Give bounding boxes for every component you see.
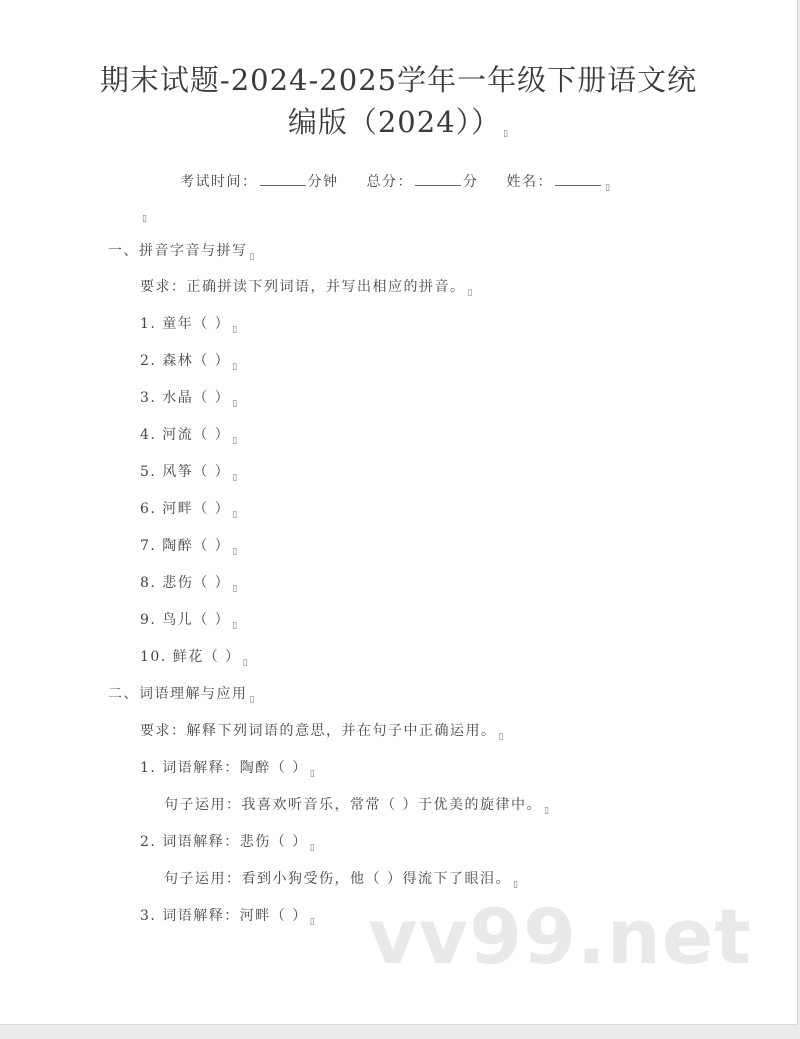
- explain-item: 3. 词语解释：河畔（ ）▯: [140, 905, 316, 927]
- paragraph-mark-icon: ▯: [232, 362, 238, 372]
- explain-text: 3. 词语解释：河畔（ ）: [140, 908, 308, 924]
- item-text: 9. 鸟儿（ ）: [140, 612, 230, 628]
- paragraph-mark-icon: ▯: [142, 214, 148, 224]
- explain-item: 1. 词语解释：陶醉（ ）▯: [140, 757, 316, 779]
- exam-info-row: 考试时间：分钟总分：分姓名：▯: [180, 171, 611, 193]
- paragraph-mark-icon: ▯: [232, 584, 238, 594]
- paragraph-mark-icon: ▯: [503, 129, 509, 139]
- item-text: 8. 悲伤（ ）: [140, 575, 230, 591]
- title-line-2: 编版（2024））▯: [0, 100, 797, 141]
- paragraph-mark-icon: ▯: [232, 547, 238, 557]
- paragraph-mark-icon: ▯: [499, 732, 505, 742]
- score-blank[interactable]: [415, 173, 461, 186]
- watermark: vv99.net: [368, 892, 752, 981]
- name-label: 姓名：: [507, 174, 554, 190]
- paragraph-mark-icon: ▯: [544, 806, 550, 816]
- list-item: 10. 鲜花（ ）▯: [140, 646, 249, 668]
- section1-requirement: 要求：正确拼读下列词语，并写出相应的拼音。▯: [140, 276, 474, 298]
- section2-requirement: 要求：解释下列词语的意思，并在句子中正确运用。▯: [140, 720, 505, 742]
- list-item: 1. 童年（ ）▯: [140, 313, 239, 335]
- paragraph-mark-icon: ▯: [232, 510, 238, 520]
- title-text: 编版（2024））: [288, 105, 501, 139]
- explain-item: 2. 词语解释：悲伤（ ）▯: [140, 831, 316, 853]
- item-text: 2. 森林（ ）: [140, 353, 230, 369]
- requirement-text: 要求：解释下列词语的意思，并在句子中正确运用。: [140, 723, 497, 739]
- document-page: 期末试题-2024-2025学年一年级下册语文统 编版（2024））▯ 考试时间…: [0, 0, 798, 1025]
- paragraph-mark-icon: ▯: [232, 325, 238, 335]
- section2-heading: 二、词语理解与应用▯: [108, 683, 256, 705]
- score-label: 总分：: [367, 174, 414, 190]
- item-text: 10. 鲜花（ ）: [140, 649, 241, 665]
- title-line-1: 期末试题-2024-2025学年一年级下册语文统: [0, 58, 797, 99]
- time-unit: 分钟: [308, 174, 339, 190]
- paragraph-mark-icon: ▯: [468, 288, 474, 298]
- list-item: 8. 悲伤（ ）▯: [140, 572, 239, 594]
- time-blank[interactable]: [260, 173, 306, 186]
- paragraph-mark-icon: ▯: [250, 695, 256, 705]
- list-item: 4. 河流（ ）▯: [140, 424, 239, 446]
- heading-text: 二、词语理解与应用: [108, 686, 248, 702]
- item-text: 4. 河流（ ）: [140, 427, 230, 443]
- item-text: 3. 水晶（ ）: [140, 390, 230, 406]
- paragraph-mark-icon: ▯: [232, 473, 238, 483]
- paragraph-mark-icon: ▯: [243, 658, 249, 668]
- paragraph-mark-icon: ▯: [232, 621, 238, 631]
- list-item: 9. 鸟儿（ ）▯: [140, 609, 239, 631]
- item-text: 5. 风筝（ ）: [140, 464, 230, 480]
- paragraph-mark-icon: ▯: [250, 252, 256, 262]
- sentence-text: 句子运用：看到小狗受伤，他（ ）得流下了眼泪。: [164, 871, 511, 887]
- heading-text: 一、拼音字音与拼写: [108, 243, 248, 259]
- paragraph-mark-icon: ▯: [605, 183, 611, 193]
- score-unit: 分: [463, 174, 479, 190]
- time-label: 考试时间：: [180, 174, 258, 190]
- item-text: 6. 河畔（ ）: [140, 501, 230, 517]
- list-item: 2. 森林（ ）▯: [140, 350, 239, 372]
- sentence-item: 句子运用：我喜欢听音乐，常常（ ）于优美的旋律中。▯: [164, 794, 550, 816]
- section1-heading: 一、拼音字音与拼写▯: [108, 240, 256, 262]
- item-text: 7. 陶醉（ ）: [140, 538, 230, 554]
- paragraph-mark-icon: ▯: [310, 917, 316, 927]
- list-item: 3. 水晶（ ）▯: [140, 387, 239, 409]
- list-item: 5. 风筝（ ）▯: [140, 461, 239, 483]
- explain-text: 1. 词语解释：陶醉（ ）: [140, 760, 308, 776]
- list-item: 7. 陶醉（ ）▯: [140, 535, 239, 557]
- sentence-item: 句子运用：看到小狗受伤，他（ ）得流下了眼泪。▯: [164, 868, 519, 890]
- paragraph-mark-icon: ▯: [310, 769, 316, 779]
- name-blank[interactable]: [555, 173, 601, 186]
- paragraph-mark-icon: ▯: [232, 436, 238, 446]
- explain-text: 2. 词语解释：悲伤（ ）: [140, 834, 308, 850]
- item-text: 1. 童年（ ）: [140, 316, 230, 332]
- empty-paragraph: ▯: [140, 205, 148, 224]
- paragraph-mark-icon: ▯: [513, 880, 519, 890]
- list-item: 6. 河畔（ ）▯: [140, 498, 239, 520]
- sentence-text: 句子运用：我喜欢听音乐，常常（ ）于优美的旋律中。: [164, 797, 542, 813]
- requirement-text: 要求：正确拼读下列词语，并写出相应的拼音。: [140, 279, 466, 295]
- paragraph-mark-icon: ▯: [232, 399, 238, 409]
- paragraph-mark-icon: ▯: [310, 843, 316, 853]
